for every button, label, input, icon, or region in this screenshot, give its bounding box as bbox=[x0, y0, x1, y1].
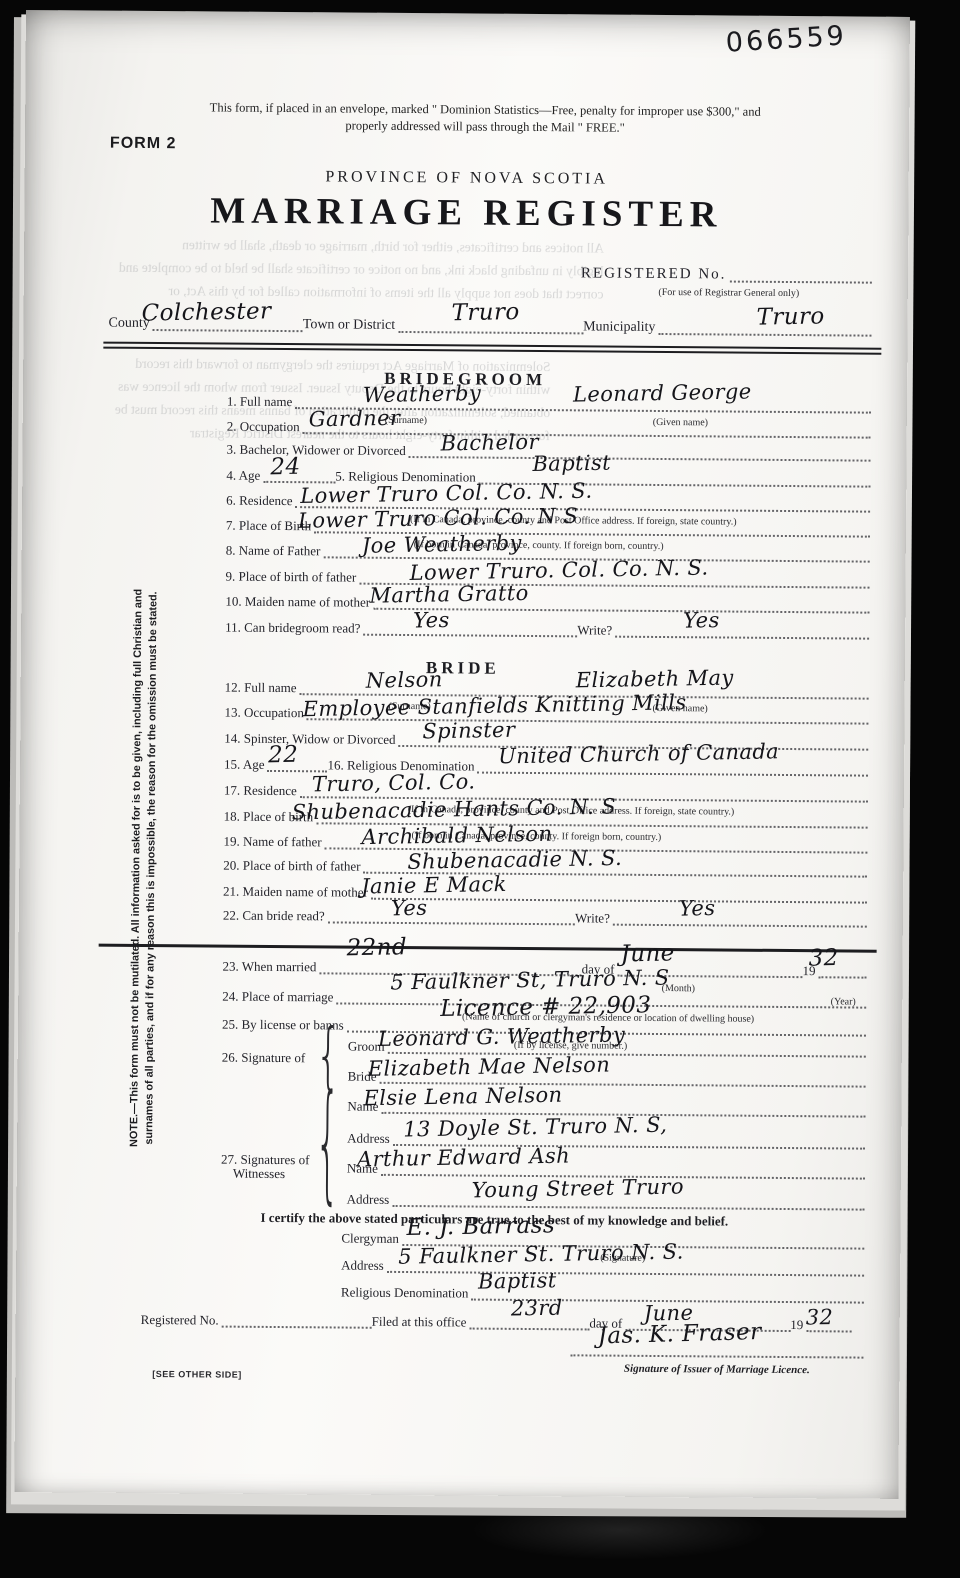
br-mother-row: 21. Maiden name of mother bbox=[223, 879, 867, 904]
br-read-label: 22. Can bride read? bbox=[223, 908, 328, 924]
see-other-side-note: [SEE OTHER SIDE] bbox=[152, 1369, 242, 1380]
registered-no-row: REGISTERED No. bbox=[581, 261, 872, 283]
br-read-value: Yes bbox=[391, 896, 428, 921]
br-residence-label: 17. Residence bbox=[224, 783, 300, 799]
br-read-write-row: 22. Can bride read? Write? bbox=[223, 903, 867, 928]
br-mother-label: 21. Maiden name of mother bbox=[223, 884, 371, 900]
dotted-line bbox=[729, 261, 872, 284]
when-married-label: 23. When married bbox=[222, 959, 319, 975]
bg-surname-value: Weatherby bbox=[363, 381, 482, 407]
br-age-value: 22 bbox=[268, 742, 299, 769]
bg-father-value: Joe Weatherby bbox=[362, 531, 522, 558]
brace-witnesses: { bbox=[315, 1080, 341, 1209]
bg-status-value: Bachelor bbox=[440, 430, 539, 456]
clergyman-address-label: Address bbox=[341, 1258, 387, 1273]
bg-given-name-value: Leonard George bbox=[573, 379, 752, 406]
bg-read-label: 11. Can bridegroom read? bbox=[225, 620, 363, 636]
marriage-day-value: 22nd bbox=[346, 934, 407, 961]
dotted-line bbox=[613, 904, 867, 928]
bg-age-label: 4. Age bbox=[226, 468, 263, 483]
denomination-value: Baptist bbox=[478, 1268, 557, 1293]
witness2-name-value: Arthur Edward Ash bbox=[357, 1144, 571, 1172]
county-value: Colchester bbox=[141, 298, 271, 326]
br-religion-value: United Church of Canada bbox=[498, 739, 779, 768]
br-age-label: 15. Age bbox=[224, 757, 268, 772]
clergyman-label: Clergyman bbox=[341, 1231, 402, 1246]
bg-full-name-label: 1. Full name bbox=[227, 394, 295, 410]
br-father-birthplace-value: Shubenacadie N. S. bbox=[407, 846, 622, 874]
bg-status-label: 3. Bachelor, Widower or Divorced bbox=[226, 442, 408, 458]
bg-residence-label: 6. Residence bbox=[226, 493, 296, 509]
dotted-line bbox=[363, 614, 577, 638]
br-mother-value: Janie E Mack bbox=[361, 872, 507, 899]
denomination-label: Religious Denomination bbox=[341, 1285, 472, 1301]
form-number-label: FORM 2 bbox=[110, 135, 177, 154]
bg-mother-label: 10. Maiden name of mother bbox=[225, 594, 373, 610]
margin-note-vertical: NOTE.—This form must not be mutilated. A… bbox=[127, 538, 162, 1198]
br-write-value: Yes bbox=[679, 896, 716, 921]
section-divider-rule bbox=[99, 944, 877, 953]
bg-mother-row: 10. Maiden name of mother bbox=[225, 589, 869, 614]
bg-write-label: Write? bbox=[577, 622, 615, 637]
denomination-row: Religious Denomination bbox=[341, 1280, 864, 1304]
bleed-through-text-top: All notices and certificates, either for… bbox=[119, 233, 604, 306]
bg-mother-value: Martha Gratto bbox=[369, 581, 529, 608]
witness1-address-value: 13 Doyle St. Truro N. S, bbox=[403, 1113, 667, 1142]
bg-father-label: 8. Name of Father bbox=[226, 543, 324, 559]
bg-read-write-row: 11. Can bridegroom read? Write? bbox=[225, 615, 869, 640]
registration-number-stamp: 066559 bbox=[725, 20, 848, 58]
paper-stack: 066559 This form, if placed in an envelo… bbox=[14, 10, 910, 1499]
bg-write-value: Yes bbox=[683, 608, 720, 633]
filed-label: Filed at this office bbox=[372, 1314, 470, 1330]
page-title: MARRIAGE REGISTER bbox=[24, 188, 908, 238]
dotted-line bbox=[328, 901, 576, 925]
groom-signature-value: Leonard G. Weatherby bbox=[378, 1023, 626, 1052]
br-father-birthplace-label: 20. Place of birth of father bbox=[223, 858, 363, 874]
issuer-signature-caption: Signature of Issuer of Marriage Licence. bbox=[570, 1362, 863, 1376]
br-write-label: Write? bbox=[575, 910, 613, 925]
br-given-name-value: Elizabeth May bbox=[576, 666, 734, 693]
province-heading: PROVINCE OF NOVA SCOTIA bbox=[25, 166, 909, 191]
bg-father-birthplace-label: 9. Place of birth of father bbox=[226, 569, 360, 585]
bg-age-value: 24 bbox=[270, 454, 301, 481]
bg-birthplace-value: Lower Truro Col. Co. N S bbox=[298, 504, 579, 533]
br-occupation-label: 13. Occupation bbox=[224, 705, 307, 721]
registered-no-label: REGISTERED No. bbox=[581, 266, 730, 282]
witnesses-label-line2: Witnesses bbox=[233, 1166, 285, 1182]
bg-religion-value: Baptist bbox=[532, 451, 611, 476]
place-of-marriage-value: 5 Faulkner St, Truro N. S bbox=[390, 965, 670, 994]
town-value: Truro bbox=[451, 299, 519, 326]
place-of-marriage-label: 24. Place of marriage bbox=[222, 989, 336, 1005]
licence-value: Licence # 22,903 bbox=[440, 992, 652, 1022]
witness-address-label: Address bbox=[347, 1192, 393, 1207]
marriage-month-value: June bbox=[620, 940, 675, 967]
br-residence-value: Truro, Col. Co. bbox=[312, 769, 476, 796]
witness-address-label: Address bbox=[347, 1131, 393, 1146]
dotted-line bbox=[222, 1306, 372, 1329]
bride-signature-value: Elizabeth Mae Nelson bbox=[368, 1052, 611, 1080]
br-father-label: 19. Name of father bbox=[223, 834, 324, 850]
dotted-line bbox=[615, 616, 869, 640]
registered-no-hint: (For use of Registrar General only) bbox=[604, 287, 854, 300]
filed-year-prefix: 19 bbox=[790, 1317, 806, 1332]
br-status-value: Spinster bbox=[422, 718, 515, 744]
filed-day-value: 23rd bbox=[511, 1296, 563, 1321]
marriage-register-sheet: 066559 This form, if placed in an envelo… bbox=[14, 10, 910, 1499]
bg-occupation-value: Gardner bbox=[309, 406, 401, 432]
municipality-value: Truro bbox=[756, 303, 824, 330]
filed-year-value: 32 bbox=[806, 1305, 834, 1330]
issuer-signature-value: Jas. K. Fraser bbox=[597, 1319, 761, 1349]
registered-no-bottom-label: Registered No. bbox=[141, 1312, 222, 1328]
witness2-address-value: Young Street Truro bbox=[472, 1174, 685, 1202]
municipality-label: Municipality bbox=[583, 319, 658, 335]
scanned-photo-background: 066559 This form, if placed in an envelo… bbox=[0, 0, 960, 1578]
clergyman-signature-value: E. J. Barrass bbox=[406, 1212, 555, 1241]
bg-occupation-label: 2. Occupation bbox=[227, 419, 303, 435]
br-full-name-label: 12. Full name bbox=[225, 680, 300, 696]
signature-of-label: 26. Signature of bbox=[222, 1050, 306, 1067]
town-label: Town or District bbox=[303, 317, 398, 333]
br-surname-value: Nelson bbox=[366, 667, 443, 692]
marriage-year-value: 32 bbox=[808, 945, 839, 972]
br-father-value: Archibald Nelson bbox=[361, 822, 552, 849]
witness1-name-value: Elsie Lena Nelson bbox=[363, 1083, 562, 1111]
br-status-label: 14. Spinster, Widow or Divorced bbox=[224, 731, 398, 747]
bg-read-value: Yes bbox=[413, 608, 450, 633]
